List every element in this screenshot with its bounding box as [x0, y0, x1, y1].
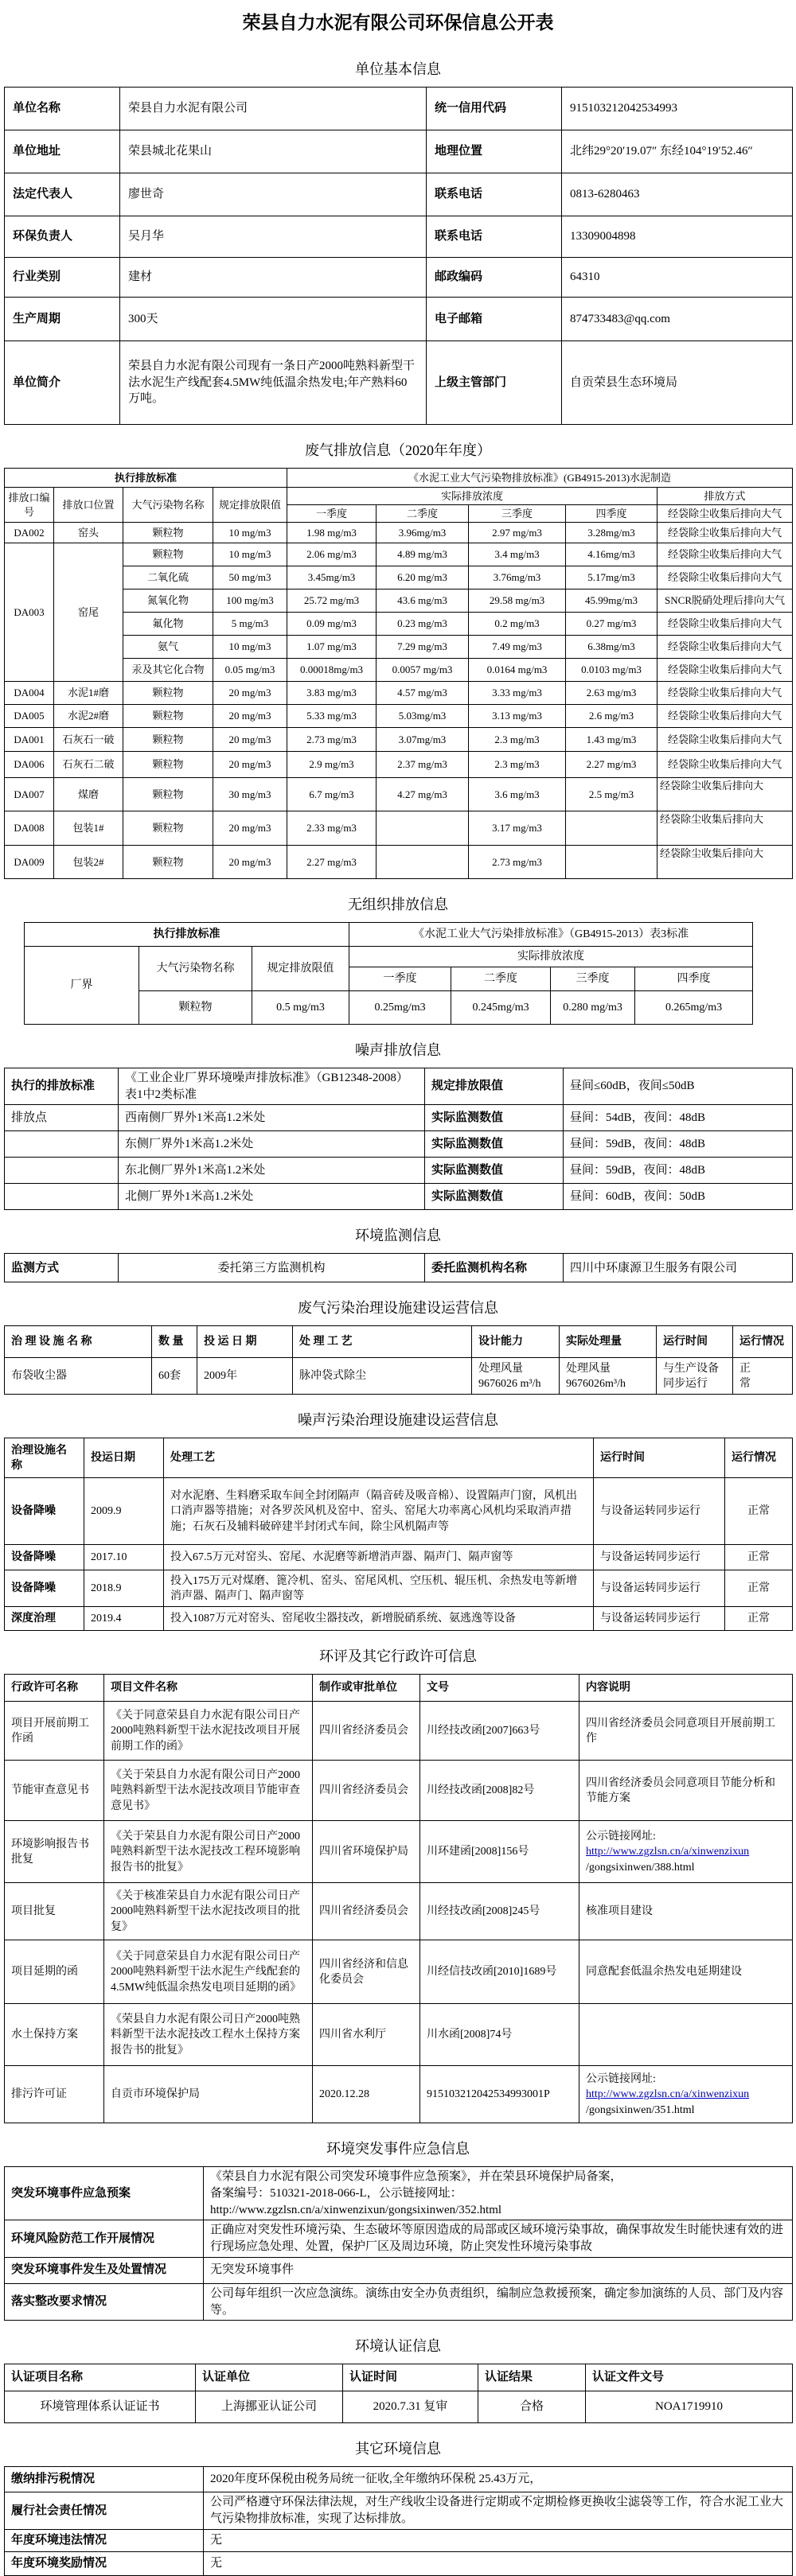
- text-line: 同步运行: [663, 1376, 726, 1391]
- table-cell: 经袋除尘收集后排向大: [657, 811, 793, 846]
- table-cell: 排放点: [5, 1105, 119, 1131]
- table-cell: 0813-6280463: [562, 173, 793, 216]
- table-cell: 治 理 设 施 名 称: [5, 1326, 152, 1358]
- table-cell: 川经技改函[2008]82号: [420, 1761, 579, 1821]
- table-cell: 3.4 mg/m3: [469, 543, 566, 566]
- table-cell: 874733483@qq.com: [562, 298, 793, 341]
- table-cell: 二季度: [451, 967, 551, 991]
- table-cell: 西南侧厂界外1米高1.2米处: [119, 1105, 425, 1131]
- table-cell: 颗粒物: [123, 543, 213, 566]
- table-cell: 2.27 mg/m3: [287, 846, 377, 879]
- table-row: 行业类别建材邮政编码64310: [5, 258, 793, 298]
- table-row: 北侧厂界外1米高1.2米处实际监测数值昼间：60dB，夜间：50dB: [5, 1184, 793, 1210]
- table-cell: 2.3 mg/m3: [469, 752, 566, 778]
- table-cell: 915103212042534993: [562, 88, 793, 130]
- table-cell: 缴纳排污税情况: [5, 2467, 204, 2492]
- table-cell: 0.27 mg/m3: [566, 613, 657, 636]
- table-cell: 包装1#: [54, 811, 123, 846]
- table-cell: 川水函[2008]74号: [420, 2004, 579, 2066]
- table-row: DA007煤磨颗粒物30 mg/m36.7 mg/m34.27 mg/m33.6…: [5, 778, 793, 811]
- table-cell: 《荣县自力水泥有限公司日产2000吨熟料新型干法水泥技改工程水土保持方案报告书的…: [104, 2004, 313, 2066]
- table-cell: 3.6 mg/m3: [469, 778, 566, 811]
- table-cell: 三季度: [469, 505, 566, 523]
- table-cell: 布袋收尘器: [5, 1358, 152, 1395]
- table-row: 治 理 设 施 名 称数 量投 运 日 期处 理 工 艺设计能力实际处理量运行时…: [5, 1326, 793, 1358]
- table-row: 排放口编号排放口位置大气污染物名称规定排放限值实际排放浓度排放方式: [5, 488, 793, 505]
- table-cell: 50 mg/m3: [213, 566, 287, 590]
- table-row: 执行的排放标准《工业企业厂界环境噪声排放标准》（GB12348-2008）表1中…: [5, 1068, 793, 1105]
- table-cell: 3.33 mg/m3: [469, 682, 566, 705]
- table-cell: 3.45mg/m3: [287, 566, 377, 590]
- table-cell: 与设备运转同步运行: [594, 1607, 725, 1631]
- table-row: 缴纳排污税情况2020年度环保税由税务局统一征收,全年缴纳环保税 25.43万元…: [5, 2467, 793, 2492]
- table-cell: 文号: [420, 1675, 579, 1702]
- table-cell: 数 量: [152, 1326, 197, 1358]
- table-cell: 0.0057 mg/m3: [377, 659, 469, 682]
- table-cell: 颗粒物: [123, 523, 213, 543]
- table-cell: 四川省经济委员会: [313, 1883, 420, 1940]
- table-cell: 设备降噪: [5, 1570, 84, 1607]
- table-cell: 单位地址: [5, 130, 120, 173]
- table-cell: 0.09 mg/m3: [287, 613, 377, 636]
- table-cell: 43.6 mg/m3: [377, 590, 469, 613]
- table-cell: 认证项目名称: [5, 2364, 196, 2391]
- table-cell: 实际监测数值: [425, 1158, 564, 1184]
- text-line: /gongsixinwen/388.html: [586, 1860, 786, 1875]
- table-cell: 实际监测数值: [425, 1131, 564, 1158]
- table-cell: 5.33 mg/m3: [287, 705, 377, 728]
- table-cell: 《工业企业厂界环境噪声排放标准》（GB12348-2008）表1中2类标准: [119, 1068, 425, 1105]
- table-cell: 深度治理: [5, 1607, 84, 1631]
- table-cell: 处 理 工 艺: [293, 1326, 472, 1358]
- table-cell: 行业类别: [5, 258, 120, 298]
- table-cell: 4.16mg/m3: [566, 543, 657, 566]
- table-row: 项目延期的函《关于同意荣县自力水泥有限公司日产2000吨熟料新型干法水泥生产线配…: [5, 1940, 793, 2004]
- table-cell: 联系电话: [427, 216, 562, 258]
- table-row: 环境风险防范工作开展情况正确应对突发性环境污染、生态破坏等原因造成的局部或区域环…: [5, 2220, 793, 2257]
- table-cell: 正常: [725, 1607, 793, 1631]
- basic-info-table: 单位名称荣县自力水泥有限公司统一信用代码915103212042534993单位…: [4, 87, 793, 425]
- text-line: 正: [739, 1361, 786, 1376]
- table-cell: 300天: [120, 298, 427, 341]
- table-cell: 经袋除尘收集后排向大气: [657, 613, 793, 636]
- emergency-info-table: 突发环境事件应急预案《荣县自力水泥有限公司突发环境事件应急预案》，并在荣县环境保…: [4, 2166, 793, 2321]
- table-cell: 2017.10: [84, 1545, 164, 1570]
- table-cell: 3.83 mg/m3: [287, 682, 377, 705]
- table-cell: 邮政编码: [427, 258, 562, 298]
- table-cell: DA002: [5, 523, 54, 543]
- table-cell: 经袋除尘收集后排向大气: [657, 505, 793, 523]
- table-cell: 7.49 mg/m3: [469, 636, 566, 659]
- table-cell: 二氧化硫: [123, 566, 213, 590]
- table-cell: 大气污染物名称: [123, 488, 213, 523]
- table-cell: 昼间：59dB，夜间：48dB: [564, 1131, 793, 1158]
- table-cell: 10 mg/m3: [213, 636, 287, 659]
- table-row: 监测方式委托第三方监测机构委托监测机构名称四川中环康源卫生服务有限公司: [5, 1254, 793, 1282]
- table-cell: 水土保持方案: [5, 2004, 104, 2066]
- table-cell: 公司严格遵守环保法律法规，对生产线收尘设备进行定期或不定期检修更换收尘滤袋等工作…: [204, 2492, 793, 2529]
- table-cell: 认证文件文号: [586, 2364, 793, 2391]
- table-cell: 7.29 mg/m3: [377, 636, 469, 659]
- table-cell: 吴月华: [120, 216, 427, 258]
- table-cell: 突发环境事件发生及处置情况: [5, 2257, 204, 2283]
- table-cell: 13309004898: [562, 216, 793, 258]
- table-cell: 3.17 mg/m3: [469, 811, 566, 846]
- text-line: 9676026 m³/h: [478, 1376, 552, 1391]
- table-cell: 包装2#: [54, 846, 123, 879]
- table-cell: 颗粒物: [123, 728, 213, 752]
- table-cell: 实际监测数值: [425, 1184, 564, 1210]
- table-cell: 正常: [725, 1570, 793, 1607]
- table-cell: 合格: [478, 2391, 586, 2423]
- table-cell: 汞及其它化合物: [123, 659, 213, 682]
- table-cell: DA004: [5, 682, 54, 705]
- table-cell: 委托监测机构名称: [425, 1254, 564, 1282]
- table-cell: 内容说明: [579, 1675, 793, 1702]
- gas-treatment-table: 治 理 设 施 名 称数 量投 运 日 期处 理 工 艺设计能力实际处理量运行时…: [4, 1325, 793, 1395]
- table-cell: 执行的排放标准: [5, 1068, 119, 1105]
- table-cell: 石灰石二破: [54, 752, 123, 778]
- url-link[interactable]: http://www.zgzlsn.cn/a/xinwenzixun: [586, 2087, 786, 2102]
- table-cell: 经袋除尘收集后排向大气: [657, 566, 793, 590]
- table-cell: 治理设施名称: [5, 1438, 84, 1478]
- table-cell: 投 运 日 期: [197, 1326, 293, 1358]
- table-cell: 正常: [733, 1358, 793, 1395]
- table-cell: 四川省经济委员会: [313, 1702, 420, 1761]
- table-cell: 规定排放限值: [213, 488, 287, 523]
- text-line: /gongsixinwen/351.html: [586, 2103, 786, 2118]
- table-row: 单位简介荣县自力水泥有限公司现有一条日产2000吨熟料新型干法水泥生产线配套4.…: [5, 341, 793, 425]
- table-cell: 6.38mg/m3: [566, 636, 657, 659]
- table-cell: 20 mg/m3: [213, 728, 287, 752]
- table-cell: 地理位置: [427, 130, 562, 173]
- table-cell: 29.58 mg/m3: [469, 590, 566, 613]
- table-cell: 实际处理量: [560, 1326, 657, 1358]
- table-cell: 单位简介: [5, 341, 120, 425]
- table-cell: DA006: [5, 752, 54, 778]
- table-cell: 经袋除尘收集后排向大气: [657, 752, 793, 778]
- table-cell: 《关于荣县自力水泥有限公司日产2000吨熟料新型干法水泥技改项目节能审查意见书》: [104, 1761, 313, 1821]
- table-row: 深度治理2019.4投入1087万元对窑头、窑尾收尘器技改，新增脱硝系统、氨逃逸…: [5, 1607, 793, 1631]
- table-cell: 0.00018mg/m3: [287, 659, 377, 682]
- table-cell: 《关于同意荣县自力水泥有限公司日产2000吨熟料新型干法水泥技改项目开展前期工作…: [104, 1702, 313, 1761]
- table-cell: 法定代表人: [5, 173, 120, 216]
- table-cell: 四川中环康源卫生服务有限公司: [564, 1254, 793, 1282]
- table-cell: 2020.7.31 复审: [343, 2391, 478, 2423]
- table-row: 项目批复《关于核准荣县自力水泥有限公司日产2000吨熟料新型干法水泥技改项目的批…: [5, 1883, 793, 1940]
- table-row: 年度环境奖励情况无: [5, 2551, 793, 2575]
- table-cell: 3.07mg/m3: [377, 728, 469, 752]
- table-cell: 运行时间: [657, 1326, 733, 1358]
- exhaust-emission-table: 执行排放标准《水泥工业大气污染物排放标准》(GB4915-2013)水泥制造排放…: [4, 468, 793, 879]
- table-cell: 排污许可证: [5, 2066, 104, 2123]
- section-heading-other: 其它环境信息: [4, 2438, 792, 2458]
- text-line: 《荣县自力水泥有限公司突发环境事件应急预案》，并在荣县环境保护局备案，: [210, 2169, 786, 2185]
- table-cell: DA005: [5, 705, 54, 728]
- table-cell: NOA1719910: [586, 2391, 793, 2423]
- url-link[interactable]: http://www.zgzlsn.cn/a/xinwenzixun: [586, 1844, 786, 1859]
- table-cell: SNCR脱硝处理后排向大气: [657, 590, 793, 613]
- table-row: 环保负责人吴月华联系电话13309004898: [5, 216, 793, 258]
- table-cell: 年度环境奖励情况: [5, 2551, 204, 2575]
- section-heading-noise: 噪声排放信息: [4, 1039, 792, 1060]
- text-line: 公示链接网址:: [586, 1829, 786, 1844]
- table-cell: 2.5 mg/m3: [566, 778, 657, 811]
- table-cell: 经袋除尘收集后排向大气: [657, 659, 793, 682]
- table-cell: 核准项目建设: [579, 1883, 793, 1940]
- table-cell: 3.28mg/m3: [566, 523, 657, 543]
- table-cell: DA009: [5, 846, 54, 879]
- section-heading-fugitive: 无组织排放信息: [4, 893, 792, 914]
- table-cell: 四川省经济委员会: [313, 1761, 420, 1821]
- table-cell: 突发环境事件应急预案: [5, 2167, 204, 2220]
- table-row: 水土保持方案《荣县自力水泥有限公司日产2000吨熟料新型干法水泥技改工程水土保持…: [5, 2004, 793, 2066]
- table-cell: 厂界: [25, 947, 139, 1025]
- table-cell: 20 mg/m3: [213, 811, 287, 846]
- table-row: 项目开展前期工作函《关于同意荣县自力水泥有限公司日产2000吨熟料新型干法水泥技…: [5, 1702, 793, 1761]
- table-row: 厂界大气污染物名称规定排放限值实际排放浓度: [25, 947, 753, 967]
- table-row: DA008包装1#颗粒物20 mg/m32.33 mg/m33.17 mg/m3…: [5, 811, 793, 846]
- table-cell: 经袋除尘收集后排向大: [657, 778, 793, 811]
- table-cell: 颗粒物: [123, 705, 213, 728]
- table-cell: 氟化物: [123, 613, 213, 636]
- table-cell: 2.63 mg/m3: [566, 682, 657, 705]
- table-cell: 颗粒物: [123, 811, 213, 846]
- table-row: 二氧化硫50 mg/m33.45mg/m36.20 mg/m33.76mg/m3…: [5, 566, 793, 590]
- table-cell: 规定排放限值: [252, 947, 349, 991]
- table-cell: 环境影响报告书批复: [5, 1821, 104, 1883]
- table-cell: 认证结果: [478, 2364, 586, 2391]
- table-cell: 处理风量9676026m³/h: [560, 1358, 657, 1395]
- table-cell: 电子邮箱: [427, 298, 562, 341]
- table-row: DA006石灰石二破颗粒物20 mg/m32.9 mg/m32.37 mg/m3…: [5, 752, 793, 778]
- table-cell: 设计能力: [472, 1326, 560, 1358]
- text-line: 常: [739, 1376, 786, 1391]
- table-cell: 2009年: [197, 1358, 293, 1395]
- table-cell: 2009.9: [84, 1478, 164, 1545]
- table-cell: 水泥2#磨: [54, 705, 123, 728]
- table-cell: 认证单位: [196, 2364, 343, 2391]
- table-cell: 2018.9: [84, 1570, 164, 1607]
- table-cell: 同意配套低温余热发电延期建设: [579, 1940, 793, 2004]
- table-row: DA003窑尾颗粒物10 mg/m32.06 mg/m34.89 mg/m33.…: [5, 543, 793, 566]
- table-cell: 处理工艺: [164, 1438, 594, 1478]
- table-row: 执行排放标准《水泥工业大气污染物排放标准》(GB4915-2013)水泥制造: [5, 469, 793, 488]
- table-cell: 荣县自力水泥有限公司现有一条日产2000吨熟料新型干法水泥生产线配套4.5MW纯…: [120, 341, 427, 425]
- table-cell: 5.03mg/m3: [377, 705, 469, 728]
- table-row: 突发环境事件应急预案《荣县自力水泥有限公司突发环境事件应急预案》，并在荣县环境保…: [5, 2167, 793, 2220]
- table-row: 东北侧厂界外1米高1.2米处实际监测数值昼间：59dB，夜间：48dB: [5, 1158, 793, 1184]
- table-cell: 运行情况: [733, 1326, 793, 1358]
- table-cell: 0.280 mg/m3: [551, 991, 635, 1025]
- table-row: 氮氧化物100 mg/m325.72 mg/m343.6 mg/m329.58 …: [5, 590, 793, 613]
- table-row: 认证项目名称认证单位认证时间认证结果认证文件文号: [5, 2364, 793, 2391]
- table-cell: 川经技改函[2007]663号: [420, 1702, 579, 1761]
- table-cell: 昼间：59dB，夜间：48dB: [564, 1158, 793, 1184]
- table-cell: 四川省经济和信息化委员会: [313, 1940, 420, 2004]
- text-line: http://www.zgzlsn.cn/a/xinwenzixun/gongs…: [210, 2202, 786, 2219]
- table-cell: 4.89 mg/m3: [377, 543, 469, 566]
- table-row: DA002窑头颗粒物10 mg/m31.98 mg/m33.96mg/m32.9…: [5, 523, 793, 543]
- table-cell: [5, 1184, 119, 1210]
- table-cell: 10 mg/m3: [213, 543, 287, 566]
- table-cell: 东北侧厂界外1米高1.2米处: [119, 1158, 425, 1184]
- table-cell: 四季度: [635, 967, 753, 991]
- table-cell: 经袋除尘收集后排向大气: [657, 728, 793, 752]
- table-cell: 公司每年组织一次应急演练。演练由安全办负责组织，编制应急救援预案，确定参加演练的…: [204, 2283, 793, 2320]
- table-row: 氟化物5 mg/m30.09 mg/m30.23 mg/m30.2 mg/m30…: [5, 613, 793, 636]
- table-cell: 环保负责人: [5, 216, 120, 258]
- table-cell: 915103212042534993001P: [420, 2066, 579, 2123]
- table-row: 法定代表人廖世奇联系电话0813-6280463: [5, 173, 793, 216]
- table-cell: 项目批复: [5, 1883, 104, 1940]
- table-cell: 10 mg/m3: [213, 523, 287, 543]
- table-cell: 1.07 mg/m3: [287, 636, 377, 659]
- table-cell: 上海挪亚认证公司: [196, 2391, 343, 2423]
- table-cell: 5.17mg/m3: [566, 566, 657, 590]
- table-cell: 《荣县自力水泥有限公司突发环境事件应急预案》，并在荣县环境保护局备案，备案编号：…: [204, 2167, 793, 2220]
- table-cell: 颗粒物: [123, 752, 213, 778]
- table-row: 东侧厂界外1米高1.2米处实际监测数值昼间：59dB，夜间：48dB: [5, 1131, 793, 1158]
- table-cell: 与设备运转同步运行: [594, 1545, 725, 1570]
- table-cell: [566, 846, 657, 879]
- table-cell: 北纬29°20′19.07″ 东经104°19′52.46″: [562, 130, 793, 173]
- table-cell: 氮氧化物: [123, 590, 213, 613]
- table-cell: 设备降噪: [5, 1478, 84, 1545]
- table-cell: 2.3 mg/m3: [469, 728, 566, 752]
- table-cell: 经袋除尘收集后排向大气: [657, 523, 793, 543]
- text-line: 9676026m³/h: [566, 1376, 650, 1391]
- table-cell: 川经信技改函[2010]1689号: [420, 1940, 579, 2004]
- table-cell: 建材: [120, 258, 427, 298]
- table-cell: 0.23 mg/m3: [377, 613, 469, 636]
- table-cell: 排放口编号: [5, 488, 54, 523]
- table-cell: 监测方式: [5, 1254, 119, 1282]
- table-cell: 100 mg/m3: [213, 590, 287, 613]
- table-row: 环境管理体系认证证书上海挪亚认证公司2020.7.31 复审合格NOA17199…: [5, 2391, 793, 2423]
- section-heading-gas-treatment: 废气污染治理设施建设运营信息: [4, 1297, 792, 1317]
- section-heading-certification: 环境认证信息: [4, 2335, 792, 2356]
- table-cell: 6.7 mg/m3: [287, 778, 377, 811]
- table-cell: 认证时间: [343, 2364, 478, 2391]
- table-cell: 正常: [725, 1478, 793, 1545]
- table-row: 行政许可名称项目文件名称制作或审批单位文号内容说明: [5, 1675, 793, 1702]
- table-cell: 项目文件名称: [104, 1675, 313, 1702]
- section-heading-monitoring: 环境监测信息: [4, 1224, 792, 1245]
- table-cell: [377, 811, 469, 846]
- table-row: 落实整改要求情况公司每年组织一次应急演练。演练由安全办负责组织，编制应急救援预案…: [5, 2283, 793, 2320]
- table-cell: 排放口位置: [54, 488, 123, 523]
- text-line: 与生产设备: [663, 1361, 726, 1376]
- table-cell: 《水泥工业大气污染物排放标准》(GB4915-2013)水泥制造: [287, 469, 793, 488]
- table-cell: 北侧厂界外1米高1.2米处: [119, 1184, 425, 1210]
- table-cell: 脉冲袋式除尘: [293, 1358, 472, 1395]
- table-cell: 经袋除尘收集后排向大气: [657, 682, 793, 705]
- table-cell: 四川省水利厅: [313, 2004, 420, 2066]
- table-cell: 实际排放浓度: [287, 488, 657, 505]
- table-cell: 2.6 mg/m3: [566, 705, 657, 728]
- section-heading-exhaust: 废气排放信息（2020年年度）: [4, 439, 792, 460]
- table-cell: 投入67.5万元对窑头、窑尾、水泥磨等新增消声器、隔声门、隔声窗等: [164, 1545, 594, 1570]
- table-row: 设备降噪2018.9投入175万元对煤磨、篦冷机、窑头、窑尾风机、空压机、辊压机…: [5, 1570, 793, 1607]
- table-row: 节能审查意见书《关于荣县自力水泥有限公司日产2000吨熟料新型干法水泥技改项目节…: [5, 1761, 793, 1821]
- noise-treatment-table: 治理设施名称投运日期处理工艺运行时间运行情况设备降噪2009.9对水泥磨、生料磨…: [4, 1438, 793, 1631]
- table-row: 执行排放标准《水泥工业大气污染排放标准》（GB4915-2013）表3标准: [25, 923, 753, 947]
- table-cell: 行政许可名称: [5, 1675, 104, 1702]
- text-line: 处理风量: [566, 1361, 650, 1376]
- table-cell: 经袋除尘收集后排向大气: [657, 543, 793, 566]
- table-row: DA004水泥1#磨颗粒物20 mg/m33.83 mg/m34.57 mg/m…: [5, 682, 793, 705]
- table-cell: 廖世奇: [120, 173, 427, 216]
- section-heading-permits: 环评及其它行政许可信息: [4, 1645, 792, 1666]
- table-cell: 正确应对突发性环境污染、生态破坏等原因造成的局部或区域环境污染事故，确保事故发生…: [204, 2220, 793, 2257]
- table-cell: 运行时间: [594, 1438, 725, 1478]
- table-cell: 四川省经济委员会同意项目节能分析和节能方案: [579, 1761, 793, 1821]
- table-cell: 项目延期的函: [5, 1940, 104, 2004]
- table-cell: 执行排放标准: [25, 923, 349, 947]
- table-cell: 1.43 mg/m3: [566, 728, 657, 752]
- table-cell: 投入175万元对煤磨、篦冷机、窑头、窑尾风机、空压机、辊压机、余热发电等新增消声…: [164, 1570, 594, 1607]
- table-cell: 对水泥磨、生料磨采取车间全封闭隔声（隔音砖及吸音棉）、设置隔声门窗，风机出口消声…: [164, 1478, 594, 1545]
- table-cell: 0.05 mg/m3: [213, 659, 287, 682]
- table-cell: 25.72 mg/m3: [287, 590, 377, 613]
- text-line: 公示链接网址:: [586, 2072, 786, 2087]
- table-cell: [579, 2004, 793, 2066]
- table-cell: [5, 1131, 119, 1158]
- table-cell: 大气污染物名称: [139, 947, 252, 991]
- table-cell: 一季度: [349, 967, 451, 991]
- table-row: DA001石灰石一破颗粒物20 mg/m32.73 mg/m33.07mg/m3…: [5, 728, 793, 752]
- table-row: 履行社会责任情况公司严格遵守环保法律法规，对生产线收尘设备进行定期或不定期检修更…: [5, 2492, 793, 2529]
- table-cell: 颗粒物: [123, 846, 213, 879]
- table-row: 布袋收尘器60套2009年脉冲袋式除尘处理风量9676026 m³/h处理风量9…: [5, 1358, 793, 1395]
- table-cell: 经袋除尘收集后排向大气: [657, 636, 793, 659]
- table-cell: 煤磨: [54, 778, 123, 811]
- table-cell: 20 mg/m3: [213, 705, 287, 728]
- table-cell: 4.57 mg/m3: [377, 682, 469, 705]
- table-cell: 3.96mg/m3: [377, 523, 469, 543]
- table-row: 生产周期300天电子邮箱874733483@qq.com: [5, 298, 793, 341]
- table-row: 氨气10 mg/m31.07 mg/m37.29 mg/m37.49 mg/m3…: [5, 636, 793, 659]
- table-cell: 2.37 mg/m3: [377, 752, 469, 778]
- table-row: 排污许可证自贡市环境保护局2020.12.2891510321204253499…: [5, 2066, 793, 2123]
- table-row: 单位名称荣县自力水泥有限公司统一信用代码915103212042534993: [5, 88, 793, 130]
- table-cell: 2.27 mg/m3: [566, 752, 657, 778]
- table-cell: 节能审查意见书: [5, 1761, 104, 1821]
- table-cell: 2.73 mg/m3: [287, 728, 377, 752]
- table-cell: 与生产设备同步运行: [657, 1358, 733, 1395]
- table-cell: 《关于同意荣县自力水泥有限公司日产2000吨熟料新型干法水泥生产线配套的4.5M…: [104, 1940, 313, 2004]
- table-cell: 石灰石一破: [54, 728, 123, 752]
- table-cell: 20 mg/m3: [213, 846, 287, 879]
- table-cell: 投运日期: [84, 1438, 164, 1478]
- table-cell: 联系电话: [427, 173, 562, 216]
- table-cell: 川经技改函[2008]245号: [420, 1883, 579, 1940]
- table-cell: 川环建函[2008]156号: [420, 1821, 579, 1883]
- table-cell: 无: [204, 2529, 793, 2551]
- table-row: 设备降噪2009.9对水泥磨、生料磨采取车间全封闭隔声（隔音砖及吸音棉）、设置隔…: [5, 1478, 793, 1545]
- table-cell: 公示链接网址:http://www.zgzlsn.cn/a/xinwenzixu…: [579, 1821, 793, 1883]
- table-cell: 2.9 mg/m3: [287, 752, 377, 778]
- table-cell: 0.0164 mg/m3: [469, 659, 566, 682]
- table-cell: 年度环境违法情况: [5, 2529, 204, 2551]
- certification-table: 认证项目名称认证单位认证时间认证结果认证文件文号环境管理体系认证证书上海挪亚认证…: [4, 2364, 793, 2423]
- table-cell: DA007: [5, 778, 54, 811]
- table-cell: 1.98 mg/m3: [287, 523, 377, 543]
- table-cell: 制作或审批单位: [313, 1675, 420, 1702]
- table-cell: 无: [204, 2551, 793, 2575]
- table-row: DA009包装2#颗粒物20 mg/m32.27 mg/m32.73 mg/m3…: [5, 846, 793, 879]
